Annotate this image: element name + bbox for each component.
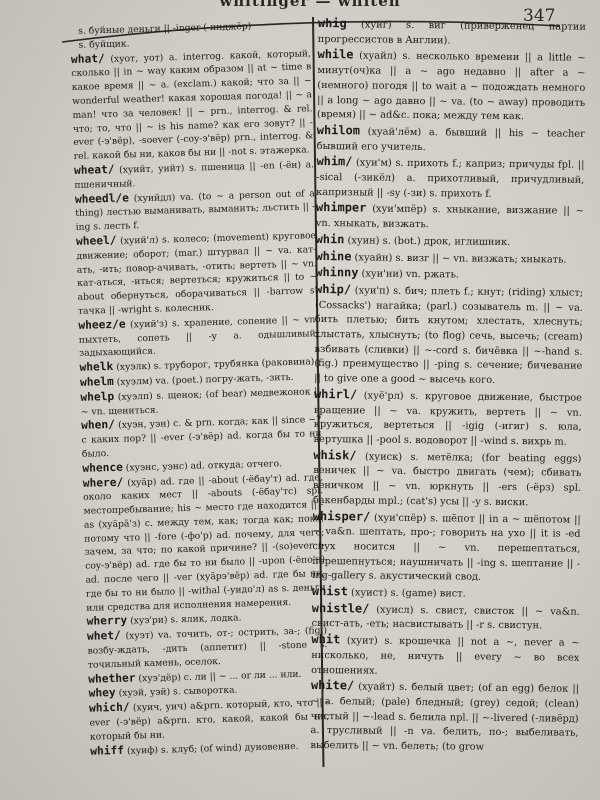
entry-definition: (хуи'ни) vn. ржать. bbox=[361, 269, 459, 281]
entry-definition: (хуайл) s. несколько времени || a little… bbox=[317, 51, 586, 123]
entry-definition: (хуи'п) s. бич; плеть f.; кнут; (riding)… bbox=[314, 285, 583, 386]
dictionary-entry: whim/ (хуи'м) s. прихоть f.; каприз; при… bbox=[316, 154, 584, 203]
entry-definition: (хуиг) s. виг (приверженец партии прогре… bbox=[318, 19, 586, 46]
entry-headword: whistle/ bbox=[312, 601, 370, 616]
entry-definition: (хуэй, уэй) s. сыворотка. bbox=[118, 685, 237, 699]
entry-definition: s. буйные деньги || -inger (-инджёр) bbox=[78, 21, 251, 37]
dictionary-entry: whip/ (хуи'п) s. бич; плеть f.; кнут; (r… bbox=[314, 282, 583, 390]
dictionary-entry: whig (хуиг) s. виг (приверженец партии п… bbox=[318, 16, 586, 50]
dictionary-entry: what/ (хуот, уот) a. interrog. какой, ко… bbox=[71, 46, 314, 164]
dictionary-entry: whisper/ (хуи'спёр) s. шёпот || in a ~ ш… bbox=[312, 508, 581, 586]
entry-headword: wherry bbox=[86, 614, 127, 628]
dictionary-entry: where/ (хуäр) ad. где || -about (-ёбау'т… bbox=[83, 470, 327, 616]
dictionary-entry: when/ (хуэн, уэн) c. & prn. когда; как |… bbox=[81, 412, 322, 461]
dictionary-entry: whit (хуит) s. крошечка || not a ~, neve… bbox=[311, 632, 579, 681]
entry-headword: wheez/e bbox=[78, 317, 126, 331]
entry-definition: (хуэт) va. точить, от-; острить, за-; (f… bbox=[87, 625, 327, 670]
entry-definition: (хуэн, уэн) c. & prn. когда; как || sinc… bbox=[81, 414, 321, 459]
dictionary-entry: while (хуайл) s. несколько времени || a … bbox=[317, 47, 586, 125]
entry-definition: (хуайн) s. визг || ~ vn. визжать; хныкат… bbox=[354, 252, 566, 265]
entry-headword: whig bbox=[318, 16, 347, 30]
entry-headword: whiff bbox=[90, 743, 124, 757]
entry-headword: whin bbox=[316, 232, 345, 246]
dictionary-entry: whimper (хуи'мпёр) s. хныкание, визжание… bbox=[316, 200, 584, 234]
dictionary-page: whitinger — whiten 347 s. буйные деньги … bbox=[0, 0, 600, 800]
entry-headword: whist bbox=[312, 584, 348, 598]
dictionary-entry: white/ (хуайт) s. белый цвет; (of an egg… bbox=[310, 678, 579, 756]
entry-headword: what/ bbox=[71, 52, 105, 66]
entry-definition: (хуин) s. (bot.) дрок, иглишник. bbox=[347, 235, 510, 248]
entry-headword: whether bbox=[88, 671, 136, 685]
entry-definition: (хуи'м) s. прихоть f.; каприз; причуды f… bbox=[316, 158, 584, 200]
entry-headword: when/ bbox=[81, 418, 115, 432]
entry-headword: which/ bbox=[89, 701, 130, 715]
entry-headword: whit bbox=[311, 632, 340, 646]
dictionary-entry: whirl/ (хуё'рл) s. круговое движение, бы… bbox=[313, 387, 582, 451]
entry-headword: wheedl/e bbox=[75, 191, 129, 206]
entry-headword: whelp bbox=[80, 390, 114, 404]
entry-definition: (хуäр) ad. где || -about (-ёбау'т) ad. г… bbox=[83, 472, 326, 614]
entry-headword: wheel/ bbox=[76, 234, 117, 248]
entry-headword: whelm bbox=[80, 375, 114, 389]
dictionary-entry: whilom (хуай'лём) a. бывший || his ~ tea… bbox=[317, 123, 585, 157]
entry-headword: whim/ bbox=[316, 154, 352, 168]
entry-definition: (хуист) s. (game) вист. bbox=[351, 587, 466, 599]
entry-headword: whinny bbox=[315, 265, 358, 279]
entry-headword: whirl/ bbox=[314, 387, 357, 401]
entry-definition: (хуот, уот) a. interrog. какой, который,… bbox=[71, 48, 313, 162]
dictionary-entry: wheedl/e (хуийдл) va. (to ~ a person out… bbox=[75, 186, 316, 235]
entry-definition: (хуиф) s. клуб; (of wind) дуновение. bbox=[127, 741, 299, 757]
entry-headword: white/ bbox=[311, 678, 354, 692]
entry-headword: while bbox=[318, 47, 354, 61]
dictionary-entry: which/ (хуич, уич) a&prn. который, кто, … bbox=[89, 695, 330, 744]
entry-headword: whisper/ bbox=[313, 508, 371, 523]
entry-headword: whisk/ bbox=[313, 448, 356, 462]
entry-headword: where/ bbox=[83, 475, 124, 489]
dictionary-entry: whisk/ (хуиск) s. метёлка; (for beating … bbox=[313, 448, 582, 512]
entry-headword: wheat/ bbox=[74, 163, 115, 177]
entry-headword: whip/ bbox=[315, 282, 351, 296]
entry-definition: (хуэ'ри) s. ялик, лодка. bbox=[130, 613, 242, 627]
right-column: whig (хуиг) s. виг (приверженец партии п… bbox=[310, 16, 586, 757]
dictionary-entry: whistle/ (хуисл) s. свист, свисток || ~ … bbox=[312, 601, 580, 635]
entry-headword: whet/ bbox=[87, 629, 121, 643]
running-head: whitinger — whiten bbox=[210, 0, 410, 10]
dictionary-entry: wheel/ (хуий'л) s. колесо; (movement) кр… bbox=[76, 228, 318, 318]
entry-definition: s. буйщик. bbox=[78, 38, 129, 50]
dictionary-entry: wheez/e (хуий'з) s. храпение, сопение ||… bbox=[78, 312, 319, 361]
dictionary-entry: whet/ (хуэт) va. точить, от-; острить, з… bbox=[87, 623, 328, 672]
entry-headword: whey bbox=[88, 686, 115, 700]
entry-headword: whilom bbox=[317, 123, 360, 137]
entry-headword: whimper bbox=[316, 200, 366, 215]
entry-headword: whelk bbox=[79, 360, 113, 374]
entry-definition: (хуит) s. крошечка || not a ~, never a ~… bbox=[311, 635, 579, 676]
entry-headword: whine bbox=[315, 249, 351, 263]
entry-headword: whence bbox=[82, 460, 123, 474]
left-column: s. буйные деньги || -inger (-инджёр)s. б… bbox=[70, 18, 330, 759]
